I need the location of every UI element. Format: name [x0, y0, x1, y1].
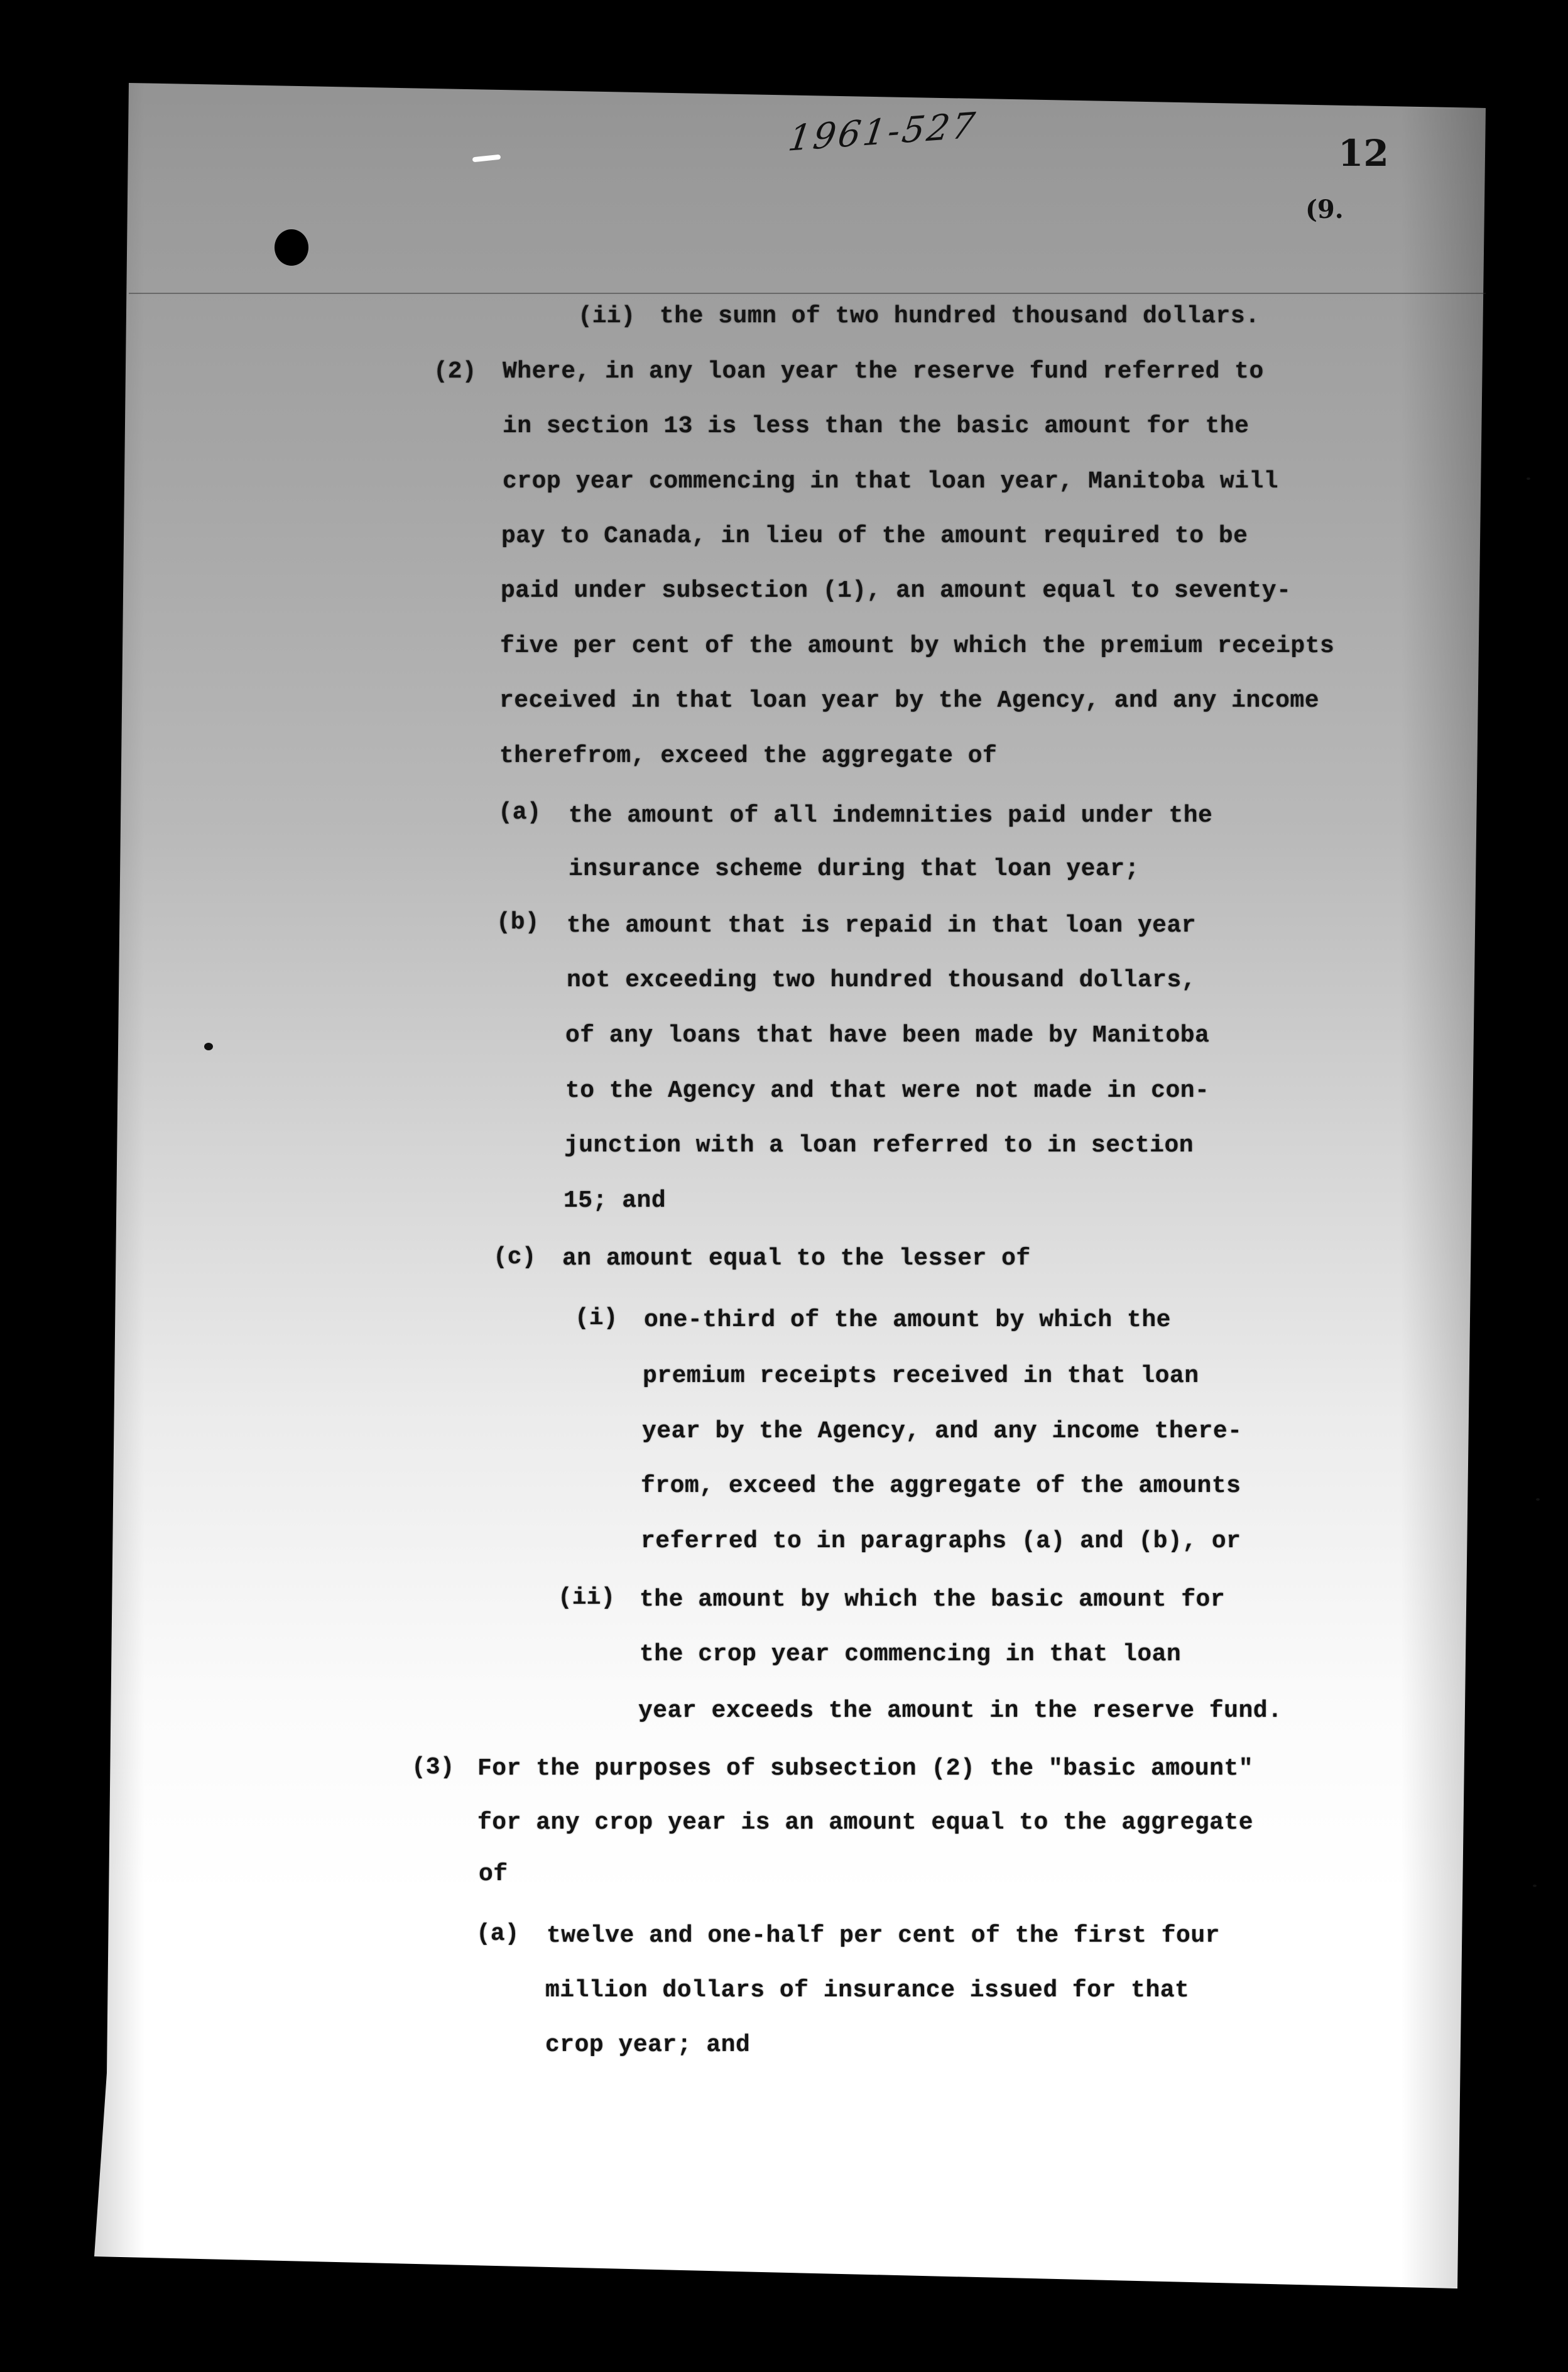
text-line: premium receipts received in that loan	[643, 1364, 1199, 1388]
dust-speck	[1536, 1498, 1540, 1501]
subparagraph-label: (ii)	[578, 305, 635, 329]
text-line: the crop year commencing in that loan	[640, 1643, 1181, 1667]
text-line: the sumn of two hundred thousand dollars…	[660, 305, 1260, 329]
text-line: the amount that is repaid in that loan y…	[567, 914, 1196, 938]
text-line: paid under subsection (1), an amount equ…	[501, 579, 1291, 603]
text-line: to the Agency and that were not made in …	[565, 1079, 1209, 1103]
text-line: of any loans that have been made by Mani…	[565, 1024, 1209, 1048]
subsection-label: (3)	[411, 1756, 454, 1780]
dust-speck	[204, 1043, 213, 1050]
dust-speck	[1533, 1885, 1537, 1887]
paragraph-label: (b)	[496, 911, 539, 935]
page-edge-shadow-left	[88, 83, 144, 2256]
text-line: five per cent of the amount by which the…	[500, 634, 1334, 658]
subparagraph-label: (ii)	[558, 1586, 615, 1610]
text-line: received in that loan year by the Agency…	[499, 689, 1319, 713]
text-line: therefrom, exceed the aggregate of	[499, 744, 997, 768]
page-number: 12	[1338, 132, 1389, 175]
text-line: million dollars of insurance issued for …	[545, 1979, 1189, 2003]
paragraph-label: (c)	[493, 1246, 536, 1270]
text-line: the amount by which the basic amount for	[640, 1588, 1225, 1612]
text-line: an amount equal to the lesser of	[562, 1247, 1031, 1271]
text-line: insurance scheme during that loan year;	[569, 857, 1140, 881]
subsection-label: (2)	[433, 360, 476, 384]
section-marker: (9.	[1305, 195, 1344, 224]
text-line: crop year; and	[545, 2033, 750, 2057]
text-line: year exceeds the amount in the reserve f…	[638, 1699, 1282, 1723]
paragraph-label: (a)	[476, 1922, 519, 1946]
text-line: For the purposes of subsection (2) the "…	[477, 1757, 1253, 1781]
text-line: in section 13 is less than the basic amo…	[503, 415, 1249, 438]
text-line: not exceeding two hundred thousand dolla…	[567, 969, 1196, 993]
dust-speck	[1527, 477, 1530, 480]
text-line: Where, in any loan year the reserve fund…	[503, 360, 1264, 384]
text-line: 15; and	[563, 1189, 666, 1213]
text-line: one-third of the amount by which the	[644, 1308, 1171, 1332]
text-line: of	[479, 1863, 508, 1886]
punch-hole-icon	[275, 229, 308, 266]
page-edge-shadow-right	[1401, 108, 1489, 2288]
text-line: junction with a loan referred to in sect…	[564, 1134, 1194, 1158]
text-line: for any crop year is an amount equal to …	[477, 1811, 1253, 1835]
text-line: year by the Agency, and any income there…	[642, 1420, 1242, 1444]
text-line: referred to in paragraphs (a) and (b), o…	[641, 1530, 1241, 1553]
text-line: twelve and one-half per cent of the firs…	[547, 1924, 1220, 1948]
text-line: crop year commencing in that loan year, …	[503, 470, 1278, 494]
text-line: pay to Canada, in lieu of the amount req…	[501, 525, 1248, 548]
paper-fold-line	[129, 293, 1486, 294]
scanned-page	[0, 0, 1568, 2372]
paragraph-label: (a)	[498, 801, 541, 825]
text-line: the amount of all indemnities paid under…	[569, 804, 1212, 828]
subparagraph-label: (i)	[575, 1307, 618, 1330]
text-line: from, exceed the aggregate of the amount…	[641, 1474, 1241, 1498]
